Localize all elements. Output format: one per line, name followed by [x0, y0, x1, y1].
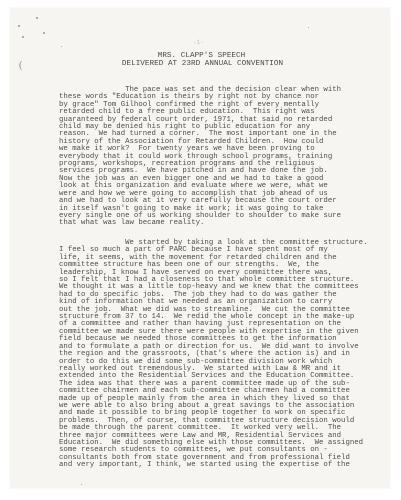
scan-speck-icon [22, 36, 24, 38]
scan-speck-icon [18, 25, 20, 27]
scan-speck-icon [81, 484, 82, 485]
paragraph-1: The pace was set and the decision clear … [59, 87, 341, 228]
scan-speck-icon [36, 17, 38, 19]
paragraph-2: We started by taking a look at the commi… [59, 240, 368, 470]
scan-speck-icon [43, 32, 45, 34]
scan-speck-icon [308, 27, 309, 28]
text-line: and very important, I think, we started … [59, 462, 368, 469]
title-line-2: DELIVERED AT 23RD ANNUAL CONVENTION [0, 60, 401, 68]
scan-speck-icon [61, 46, 62, 47]
document-title: MRS. CLAPP'S SPEECH DELIVERED AT 23RD AN… [0, 52, 401, 68]
scanned-page: ( -1- MRS. CLAPP'S SPEECH DELIVERED AT 2… [0, 0, 401, 500]
title-line-1: MRS. CLAPP'S SPEECH [0, 52, 401, 60]
page-number: -1- [193, 39, 204, 46]
text-line: that what was law became reality. [59, 220, 341, 227]
